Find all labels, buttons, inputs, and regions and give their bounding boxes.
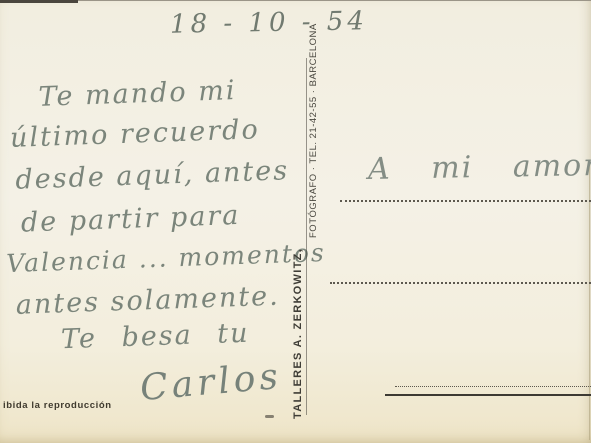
scan-edge-top-dark xyxy=(0,0,78,3)
handwritten-message: Te mando mi último recuerdo desde aquí, … xyxy=(0,73,300,83)
copyright-notice: ibida la reproducción xyxy=(3,400,112,411)
message-line: desde aquí, antes xyxy=(15,155,290,196)
message-line: Te besa tu xyxy=(61,318,250,356)
address-line-underline xyxy=(385,394,591,396)
handwritten-date: 18 - 10 - 54 xyxy=(170,6,368,39)
address-line-3 xyxy=(395,386,591,387)
publisher-details-vertical: FOTÓGRAFO · TEL. 21-42-55 · BARCELONA xyxy=(308,50,321,238)
ink-smudge xyxy=(265,415,274,418)
scan-edge-top xyxy=(0,0,591,1)
message-line: Te mando mi xyxy=(38,75,237,113)
message-line: antes solamente. xyxy=(15,281,280,321)
scan-edge-right xyxy=(589,160,590,440)
postcard-back: 18 - 10 - 54 Te mando mi último recuerdo… xyxy=(0,0,591,443)
handwritten-signature: Carlos xyxy=(138,356,283,409)
message-line: Valencia ... momentos xyxy=(6,238,326,278)
publisher-name-vertical: TALLERES A. ZERKOWITZ, xyxy=(292,237,308,419)
address-line-1 xyxy=(340,200,591,202)
address-line-2 xyxy=(330,282,591,284)
message-line: último recuerdo xyxy=(9,114,260,154)
message-line: de partir para xyxy=(20,200,240,239)
handwritten-dedication: A mi amor xyxy=(368,148,591,187)
